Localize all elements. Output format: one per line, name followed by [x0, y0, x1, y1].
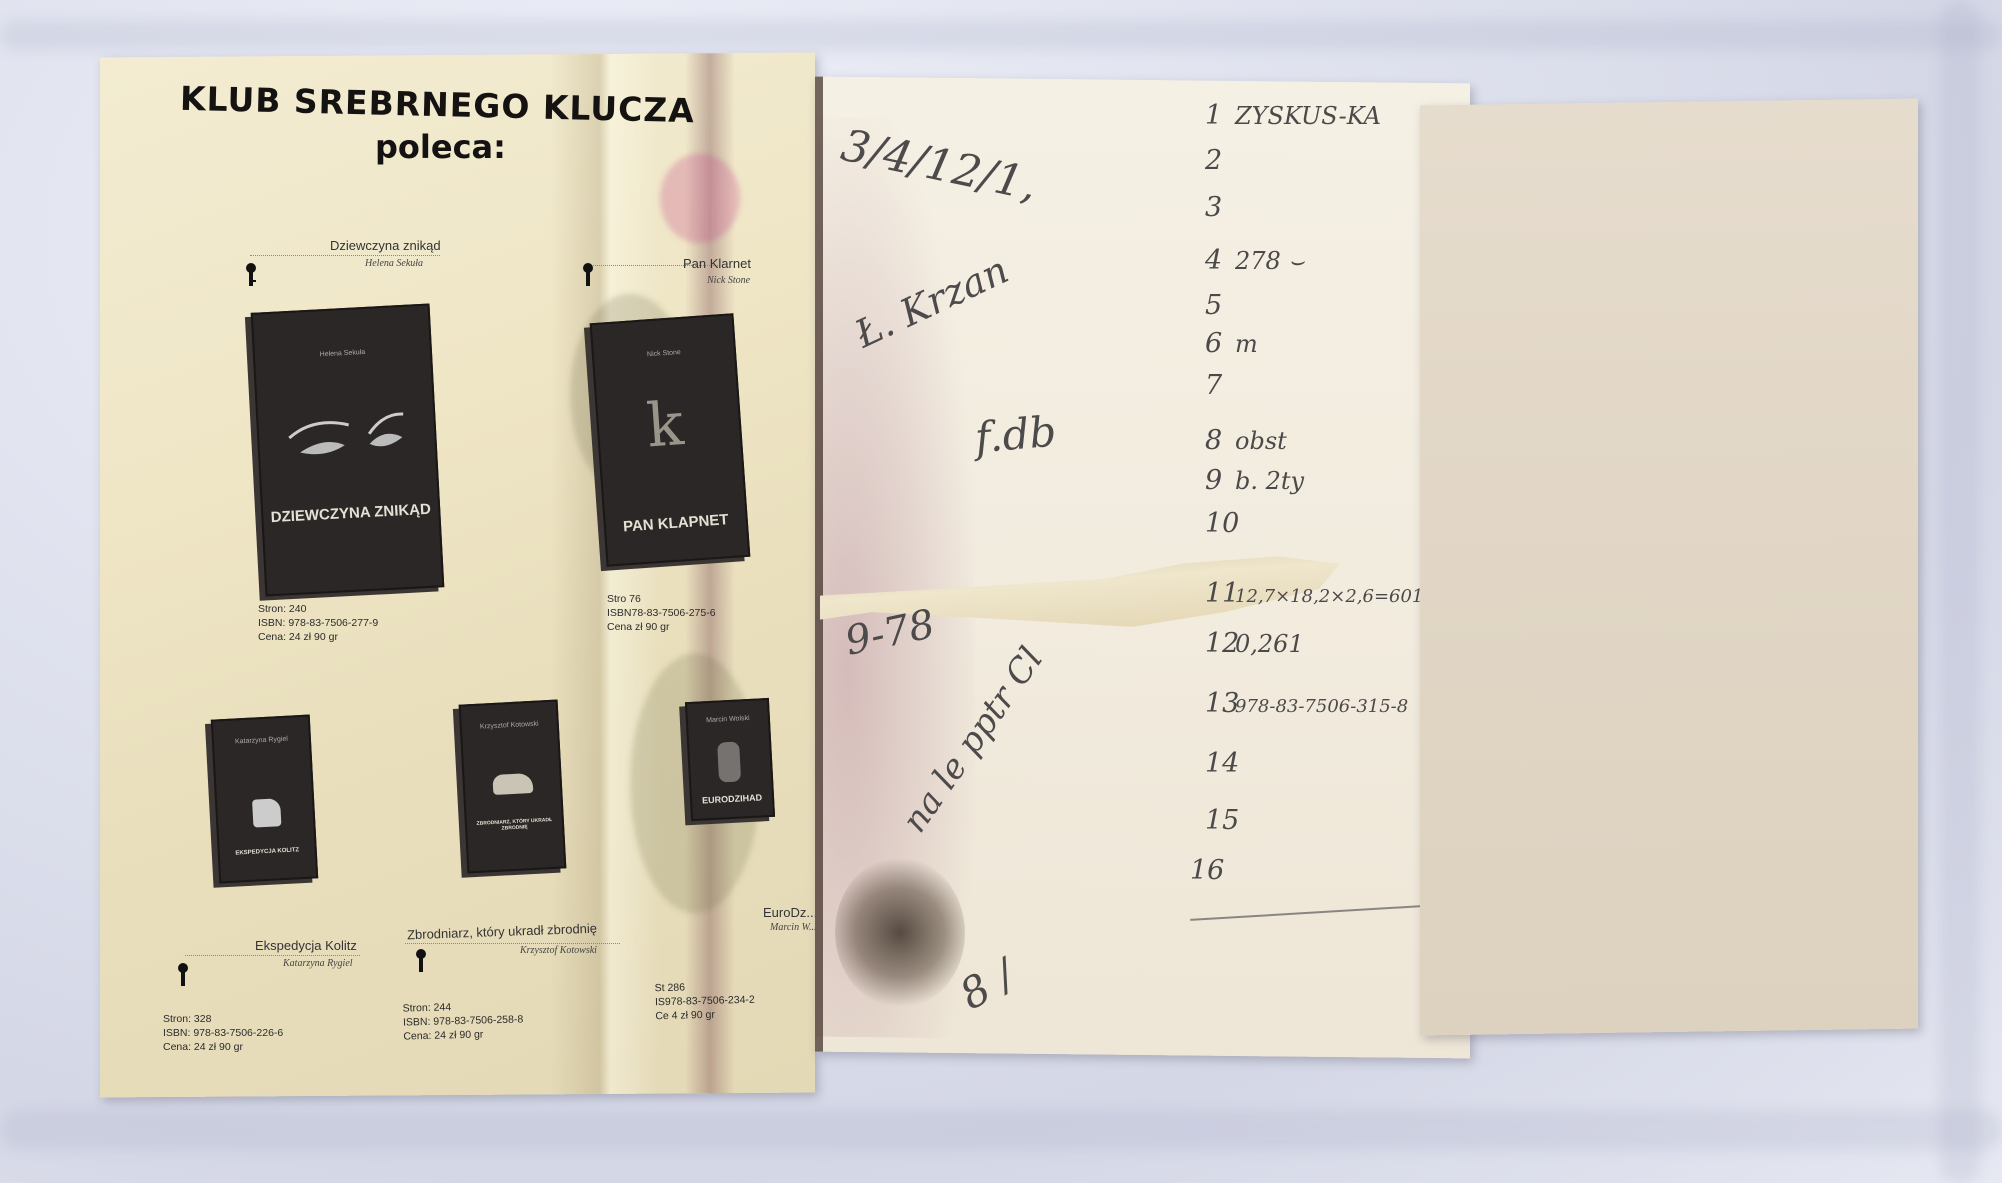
book-title: Dziewczyna znikąd	[330, 238, 441, 253]
key-logo-icon	[413, 948, 429, 976]
price-label: Cena zł 90 gr	[607, 620, 716, 634]
divider	[250, 255, 440, 256]
list-item: 8obst	[1205, 425, 1287, 456]
list-item: 16	[1190, 855, 1220, 886]
list-item: 1ZYSKUS-KA	[1205, 100, 1381, 131]
blank-flap-panel	[1420, 99, 1918, 1036]
cover-author: Nick Stone	[594, 345, 734, 362]
pink-stain	[660, 153, 740, 244]
fold-crease	[550, 54, 660, 1095]
cover-title: EKSPEDYCJA KOLITZ	[220, 846, 315, 857]
isbn-label: ISBN: 978-83-7506-226-6	[163, 1026, 283, 1040]
pages-label: Stro 76	[607, 592, 716, 606]
key-logo-icon	[175, 962, 191, 990]
book-details: Stro 76 ISBN78-83-7506-275-6 Cena zł 90 …	[607, 592, 716, 634]
page-edge	[815, 77, 823, 1052]
list-item: 14	[1205, 748, 1235, 779]
list-item: 7	[1205, 370, 1235, 401]
book-cover: Helena Sekuła DZIEWCZYNA ZNIKĄD	[251, 304, 445, 597]
letter-k-art-icon: k	[645, 389, 686, 461]
eyes-art-icon	[283, 402, 416, 469]
pages-label: Stron: 328	[163, 1012, 283, 1026]
price-label: Ce 4 zł 90 gr	[655, 1007, 755, 1024]
cover-title: PAN KLAPNET	[605, 510, 746, 537]
cloth-fold	[0, 1110, 2002, 1150]
leaflet-ad-panel	[100, 53, 815, 1098]
book-title: Ekspedycja Kolitz	[255, 938, 357, 953]
book-details: Stron: 328 ISBN: 978-83-7506-226-6 Cena:…	[163, 1012, 283, 1054]
book-author: Marcin W...	[770, 922, 816, 933]
cover-title: EURODZIHAD	[692, 792, 772, 806]
cover-author: Katarzyna Rygiel	[214, 735, 309, 747]
handwritten-word: f.db	[973, 407, 1058, 463]
pages-label: Stron: 240	[258, 602, 378, 616]
isbn-label: ISBN: 978-83-7506-277-9	[258, 616, 378, 630]
book-details: Stron: 240 ISBN: 978-83-7506-277-9 Cena:…	[258, 602, 378, 644]
book-cover: Krzysztof Kotowski ZBRODNIARZ, KTÓRY UKR…	[459, 700, 567, 874]
book-author: Nick Stone	[707, 275, 750, 286]
book-author: Katarzyna Rygiel	[283, 958, 353, 969]
cover-author: Helena Sekuła	[255, 346, 430, 362]
mold-stain	[835, 857, 965, 1008]
car-art-icon	[492, 773, 533, 795]
list-item: 6m	[1205, 328, 1258, 359]
price-label: Cena: 24 zł 90 gr	[258, 630, 378, 644]
list-item: 3	[1205, 192, 1235, 223]
price-label: Cena: 24 zł 90 gr	[163, 1040, 283, 1054]
book-cover: Marcin Wolski EURODZIHAD	[685, 698, 775, 821]
list-item: 15	[1205, 805, 1235, 836]
book-title: EuroDz...	[763, 905, 817, 920]
club-subtitle: poleca:	[375, 128, 506, 166]
key-logo-icon	[243, 262, 259, 290]
list-item: 10	[1205, 508, 1235, 539]
book-author: Helena Sekuła	[365, 258, 423, 269]
pencil-line	[1190, 905, 1430, 921]
list-item: 120,261	[1205, 628, 1304, 659]
isbn-label: IS978-83-7506-234-2	[655, 993, 755, 1010]
cover-title: DZIEWCZYNA ZNIKĄD	[263, 500, 439, 526]
list-item: 13978-83-7506-315-8	[1205, 688, 1408, 719]
list-item: 5	[1205, 290, 1235, 321]
cover-author: Marcin Wolski	[688, 714, 768, 725]
cover-title: ZBRODNIARZ, KTÓRY UKRADŁ ZBRODNIĘ	[467, 816, 562, 833]
figures-art-icon	[717, 742, 741, 783]
book-cover: Katarzyna Rygiel EKSPEDYCJA KOLITZ	[211, 715, 318, 884]
list-item: 2	[1205, 145, 1235, 176]
hand-art-icon	[252, 798, 281, 827]
book-details: St 286 IS978-83-7506-234-2 Ce 4 zł 90 gr	[654, 979, 755, 1024]
isbn-label: ISBN78-83-7506-275-6	[607, 606, 716, 620]
notes-page-panel	[815, 77, 1470, 1059]
key-logo-icon	[580, 262, 596, 290]
book-author: Krzysztof Kotowski	[520, 945, 597, 956]
list-item: 9b. 2ty	[1205, 465, 1304, 496]
divider	[185, 955, 360, 956]
book-cover: Nick Stone k PAN KLAPNET	[590, 313, 751, 566]
list-item: 1112,7×18,2×2,6=601	[1205, 578, 1423, 609]
book-details: Stron: 244 ISBN: 978-83-7506-258-8 Cena:…	[402, 998, 523, 1043]
cover-author: Krzysztof Kotowski	[462, 720, 557, 732]
book-title: Pan Klarnet	[683, 256, 751, 271]
cloth-fold	[1940, 0, 1980, 1183]
cloth-fold	[0, 20, 2002, 50]
divider	[405, 943, 620, 944]
list-item: 4278 ⌣	[1205, 245, 1304, 276]
